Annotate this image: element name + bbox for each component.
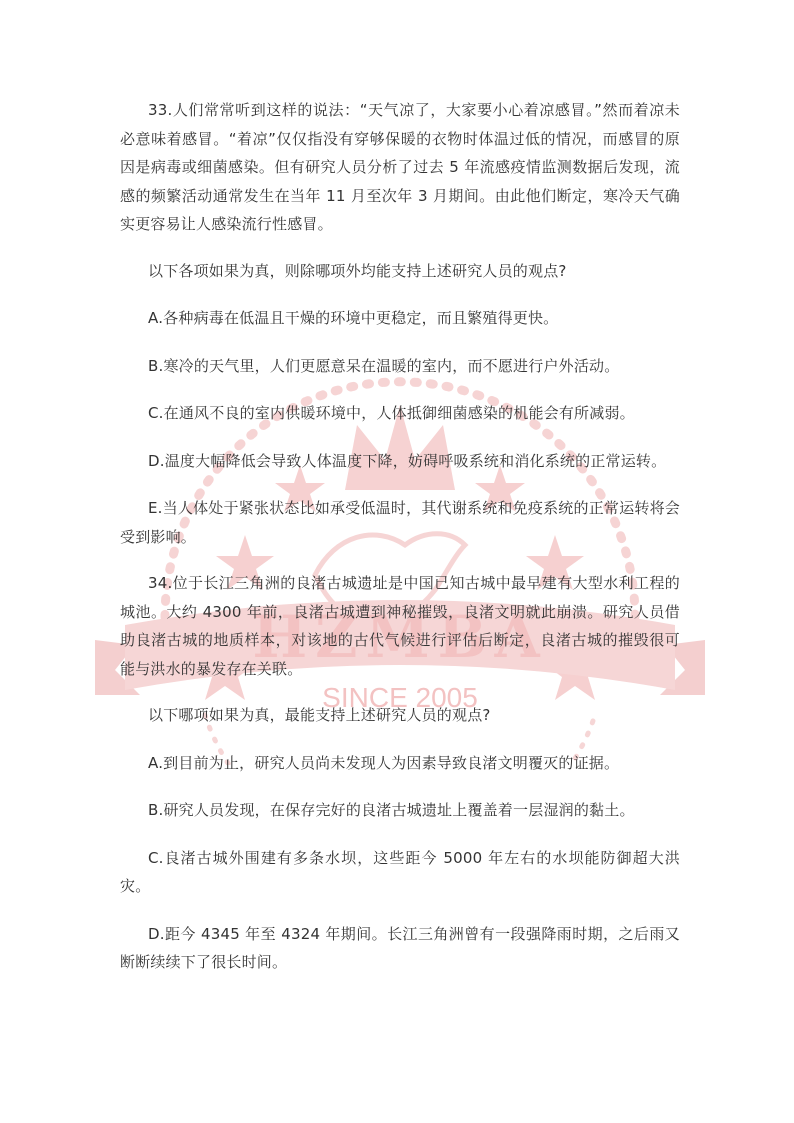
option-d: D.温度大幅降低会导致人体温度下降，妨碍呼吸系统和消化系统的正常运转。 <box>120 447 680 476</box>
option-c: C.在通风不良的室内供暖环境中，人体抵御细菌感染的机能会有所减弱。 <box>120 399 680 428</box>
question-prompt: 以下各项如果为真，则除哪项外均能支持上述研究人员的观点? <box>120 257 680 286</box>
question-stem: 33.人们常常听到这样的说法：“天气凉了，大家要小心着凉感冒。”然而着凉未必意味… <box>120 96 680 239</box>
option-d: D.距今 4345 年至 4324 年期间。长江三角洲曾有一段强降雨时期，之后雨… <box>120 920 680 977</box>
option-a: A.各种病毒在低温且干燥的环境中更稳定，而且繁殖得更快。 <box>120 304 680 333</box>
option-e: E.当人体处于紧张状态比如承受低温时，其代谢系统和免疫系统的正常运转将会受到影响… <box>120 494 680 551</box>
question-34: 34.位于长江三角洲的良渚古城遗址是中国已知古城中最早建有大型水利工程的城池。大… <box>120 569 680 977</box>
option-a: A.到目前为止，研究人员尚未发现人为因素导致良渚文明覆灭的证据。 <box>120 749 680 778</box>
option-b: B.寒冷的天气里，人们更愿意呆在温暖的室内，而不愿进行户外活动。 <box>120 352 680 381</box>
option-b: B.研究人员发现，在保存完好的良渚古城遗址上覆盖着一层湿润的黏土。 <box>120 796 680 825</box>
question-stem: 34.位于长江三角洲的良渚古城遗址是中国已知古城中最早建有大型水利工程的城池。大… <box>120 569 680 683</box>
option-c: C.良渚古城外围建有多条水坝，这些距今 5000 年左右的水坝能防御超大洪灾。 <box>120 844 680 901</box>
question-33: 33.人们常常听到这样的说法：“天气凉了，大家要小心着凉感冒。”然而着凉未必意味… <box>120 96 680 551</box>
question-prompt: 以下哪项如果为真，最能支持上述研究人员的观点? <box>120 701 680 730</box>
document-body: 33.人们常常听到这样的说法：“天气凉了，大家要小心着凉感冒。”然而着凉未必意味… <box>120 96 680 977</box>
